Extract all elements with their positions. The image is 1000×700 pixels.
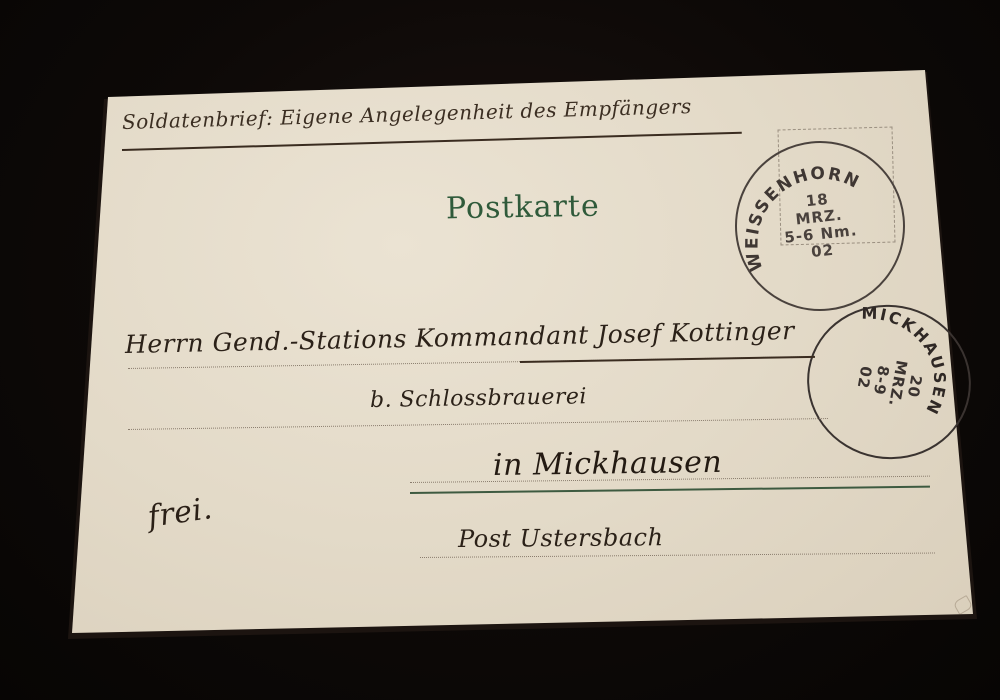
header-underline xyxy=(122,132,742,151)
postage-note: frei. xyxy=(146,491,215,535)
address-line-3: in Mickhausen xyxy=(493,445,723,483)
postmark-weissenhorn: WEISSENHORN 18 MRZ. 5-6 Nm. 02 xyxy=(727,133,914,320)
postmark-date: 18 MRZ. 5-6 Nm. 02 xyxy=(780,188,860,263)
postkarte-title: Postkarte xyxy=(446,189,600,227)
address-dotted-line-4 xyxy=(420,553,935,558)
postcard-content: Soldatenbrief: Eigene Angelegenheit des … xyxy=(0,0,1000,700)
address-line-2: b. Schlossbrauerei xyxy=(370,384,587,413)
photo-scene: Soldatenbrief: Eigene Angelegenheit des … xyxy=(0,0,1000,700)
address-dotted-line-2 xyxy=(128,418,828,430)
surname-underline xyxy=(520,356,815,363)
postmark-mickhausen: MICKHAUSEN 20 MRZ. 8-9 02 xyxy=(795,292,983,472)
city-green-underline xyxy=(410,486,930,494)
address-line-4: Post Ustersbach xyxy=(458,523,664,553)
address-line-1: Herrn Gend.-Stations Kommandant Josef Ko… xyxy=(125,316,795,359)
header-note: Soldatenbrief: Eigene Angelegenheit des … xyxy=(122,94,692,134)
